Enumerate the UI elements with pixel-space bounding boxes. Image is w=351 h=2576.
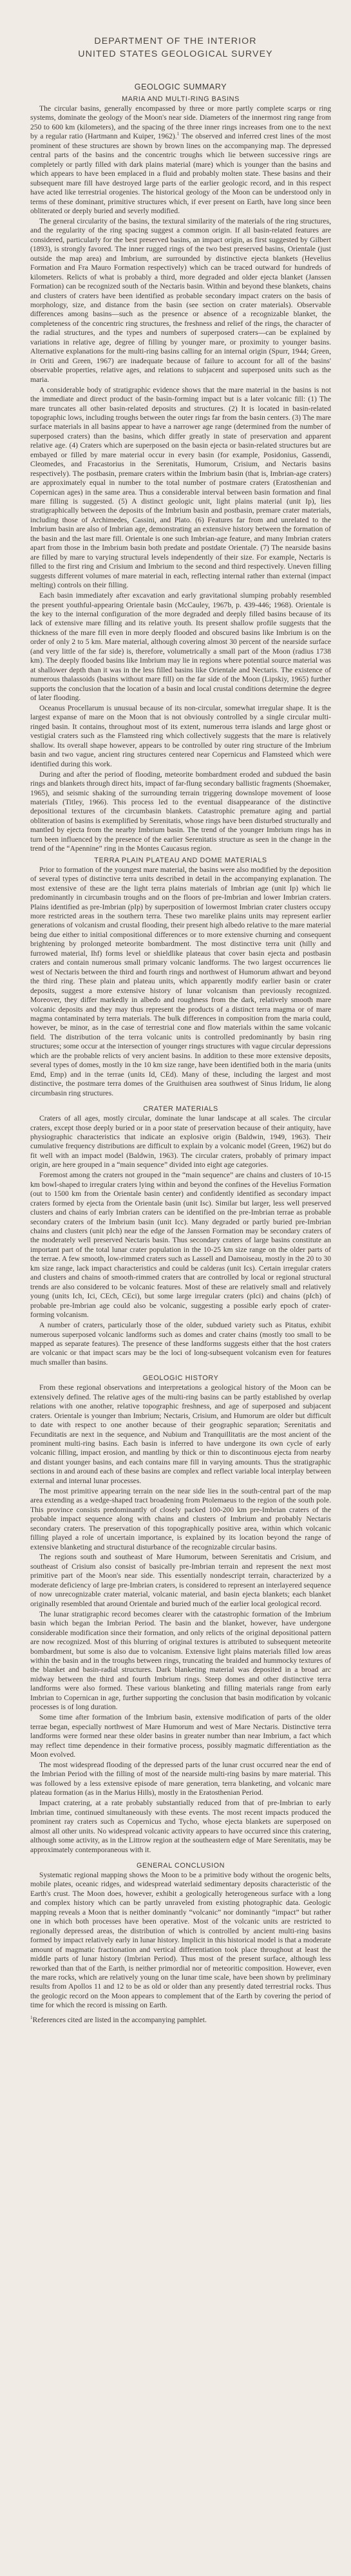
- section-heading: MARIA AND MULTI-RING BASINS: [30, 95, 331, 104]
- paragraph: Systematic regional mapping shows the Mo…: [30, 1871, 331, 2011]
- paragraph: Each basin immediately after excavation …: [30, 591, 331, 703]
- section-terra-materials: TERRA PLAIN PLATEAU AND DOME MATERIALS P…: [30, 856, 331, 1098]
- section-heading: GENERAL CONCLUSION: [30, 1861, 331, 1871]
- agency-header: DEPARTMENT OF THE INTERIOR UNITED STATES…: [0, 35, 351, 61]
- survey-name: UNITED STATES GEOLOGICAL SURVEY: [0, 48, 351, 61]
- paragraph: Foremost among the craters not grouped i…: [30, 1171, 331, 1320]
- section-maria-basins: MARIA AND MULTI-RING BASINS The circular…: [30, 95, 331, 854]
- document-page: DEPARTMENT OF THE INTERIOR UNITED STATES…: [0, 0, 351, 2576]
- paragraph: The lunar stratigraphic record becomes c…: [30, 1610, 331, 1712]
- paragraph: The general circularity of the basins, t…: [30, 217, 331, 384]
- document-body: GEOLOGIC SUMMARY MARIA AND MULTI-RING BA…: [30, 81, 331, 2025]
- department-name: DEPARTMENT OF THE INTERIOR: [0, 35, 351, 48]
- paragraph: The circular basins, generally encompass…: [30, 104, 331, 216]
- paragraph: A considerable body of stratigraphic evi…: [30, 386, 331, 591]
- paragraph: Craters of all ages, mostly circular, do…: [30, 1114, 331, 1170]
- footnote: 1References cited are listed in the acco…: [30, 2016, 331, 2025]
- section-geologic-history: GEOLOGIC HISTORY From these regional obs…: [30, 1374, 331, 1855]
- paragraph: Some time after formation of the Imbrium…: [30, 1713, 331, 1759]
- paragraph: Prior to formation of the youngest mare …: [30, 866, 331, 1098]
- section-heading: CRATER MATERIALS: [30, 1104, 331, 1114]
- page-title: GEOLOGIC SUMMARY: [30, 81, 331, 93]
- paragraph: Impact cratering, at a rate probably sub…: [30, 1799, 331, 1855]
- paragraph: From these regional observations and int…: [30, 1383, 331, 1486]
- paragraph: The most widespread flooding of the depr…: [30, 1761, 331, 1798]
- paragraph: Oceanus Procellarum is unusual because o…: [30, 704, 331, 769]
- section-heading: TERRA PLAIN PLATEAU AND DOME MATERIALS: [30, 856, 331, 866]
- paragraph: A number of craters, particularly those …: [30, 1321, 331, 1367]
- section-general-conclusion: GENERAL CONCLUSION Systematic regional m…: [30, 1861, 331, 2011]
- paragraph: The regions south and southeast of Mare …: [30, 1553, 331, 1609]
- paragraph: During and after the period of flooding,…: [30, 770, 331, 854]
- section-crater-materials: CRATER MATERIALS Craters of all ages, mo…: [30, 1104, 331, 1367]
- paragraph: The most primitive appearing terrain on …: [30, 1487, 331, 1552]
- footnote-text: References cited are listed in the accom…: [33, 2016, 207, 2024]
- section-heading: GEOLOGIC HISTORY: [30, 1374, 331, 1383]
